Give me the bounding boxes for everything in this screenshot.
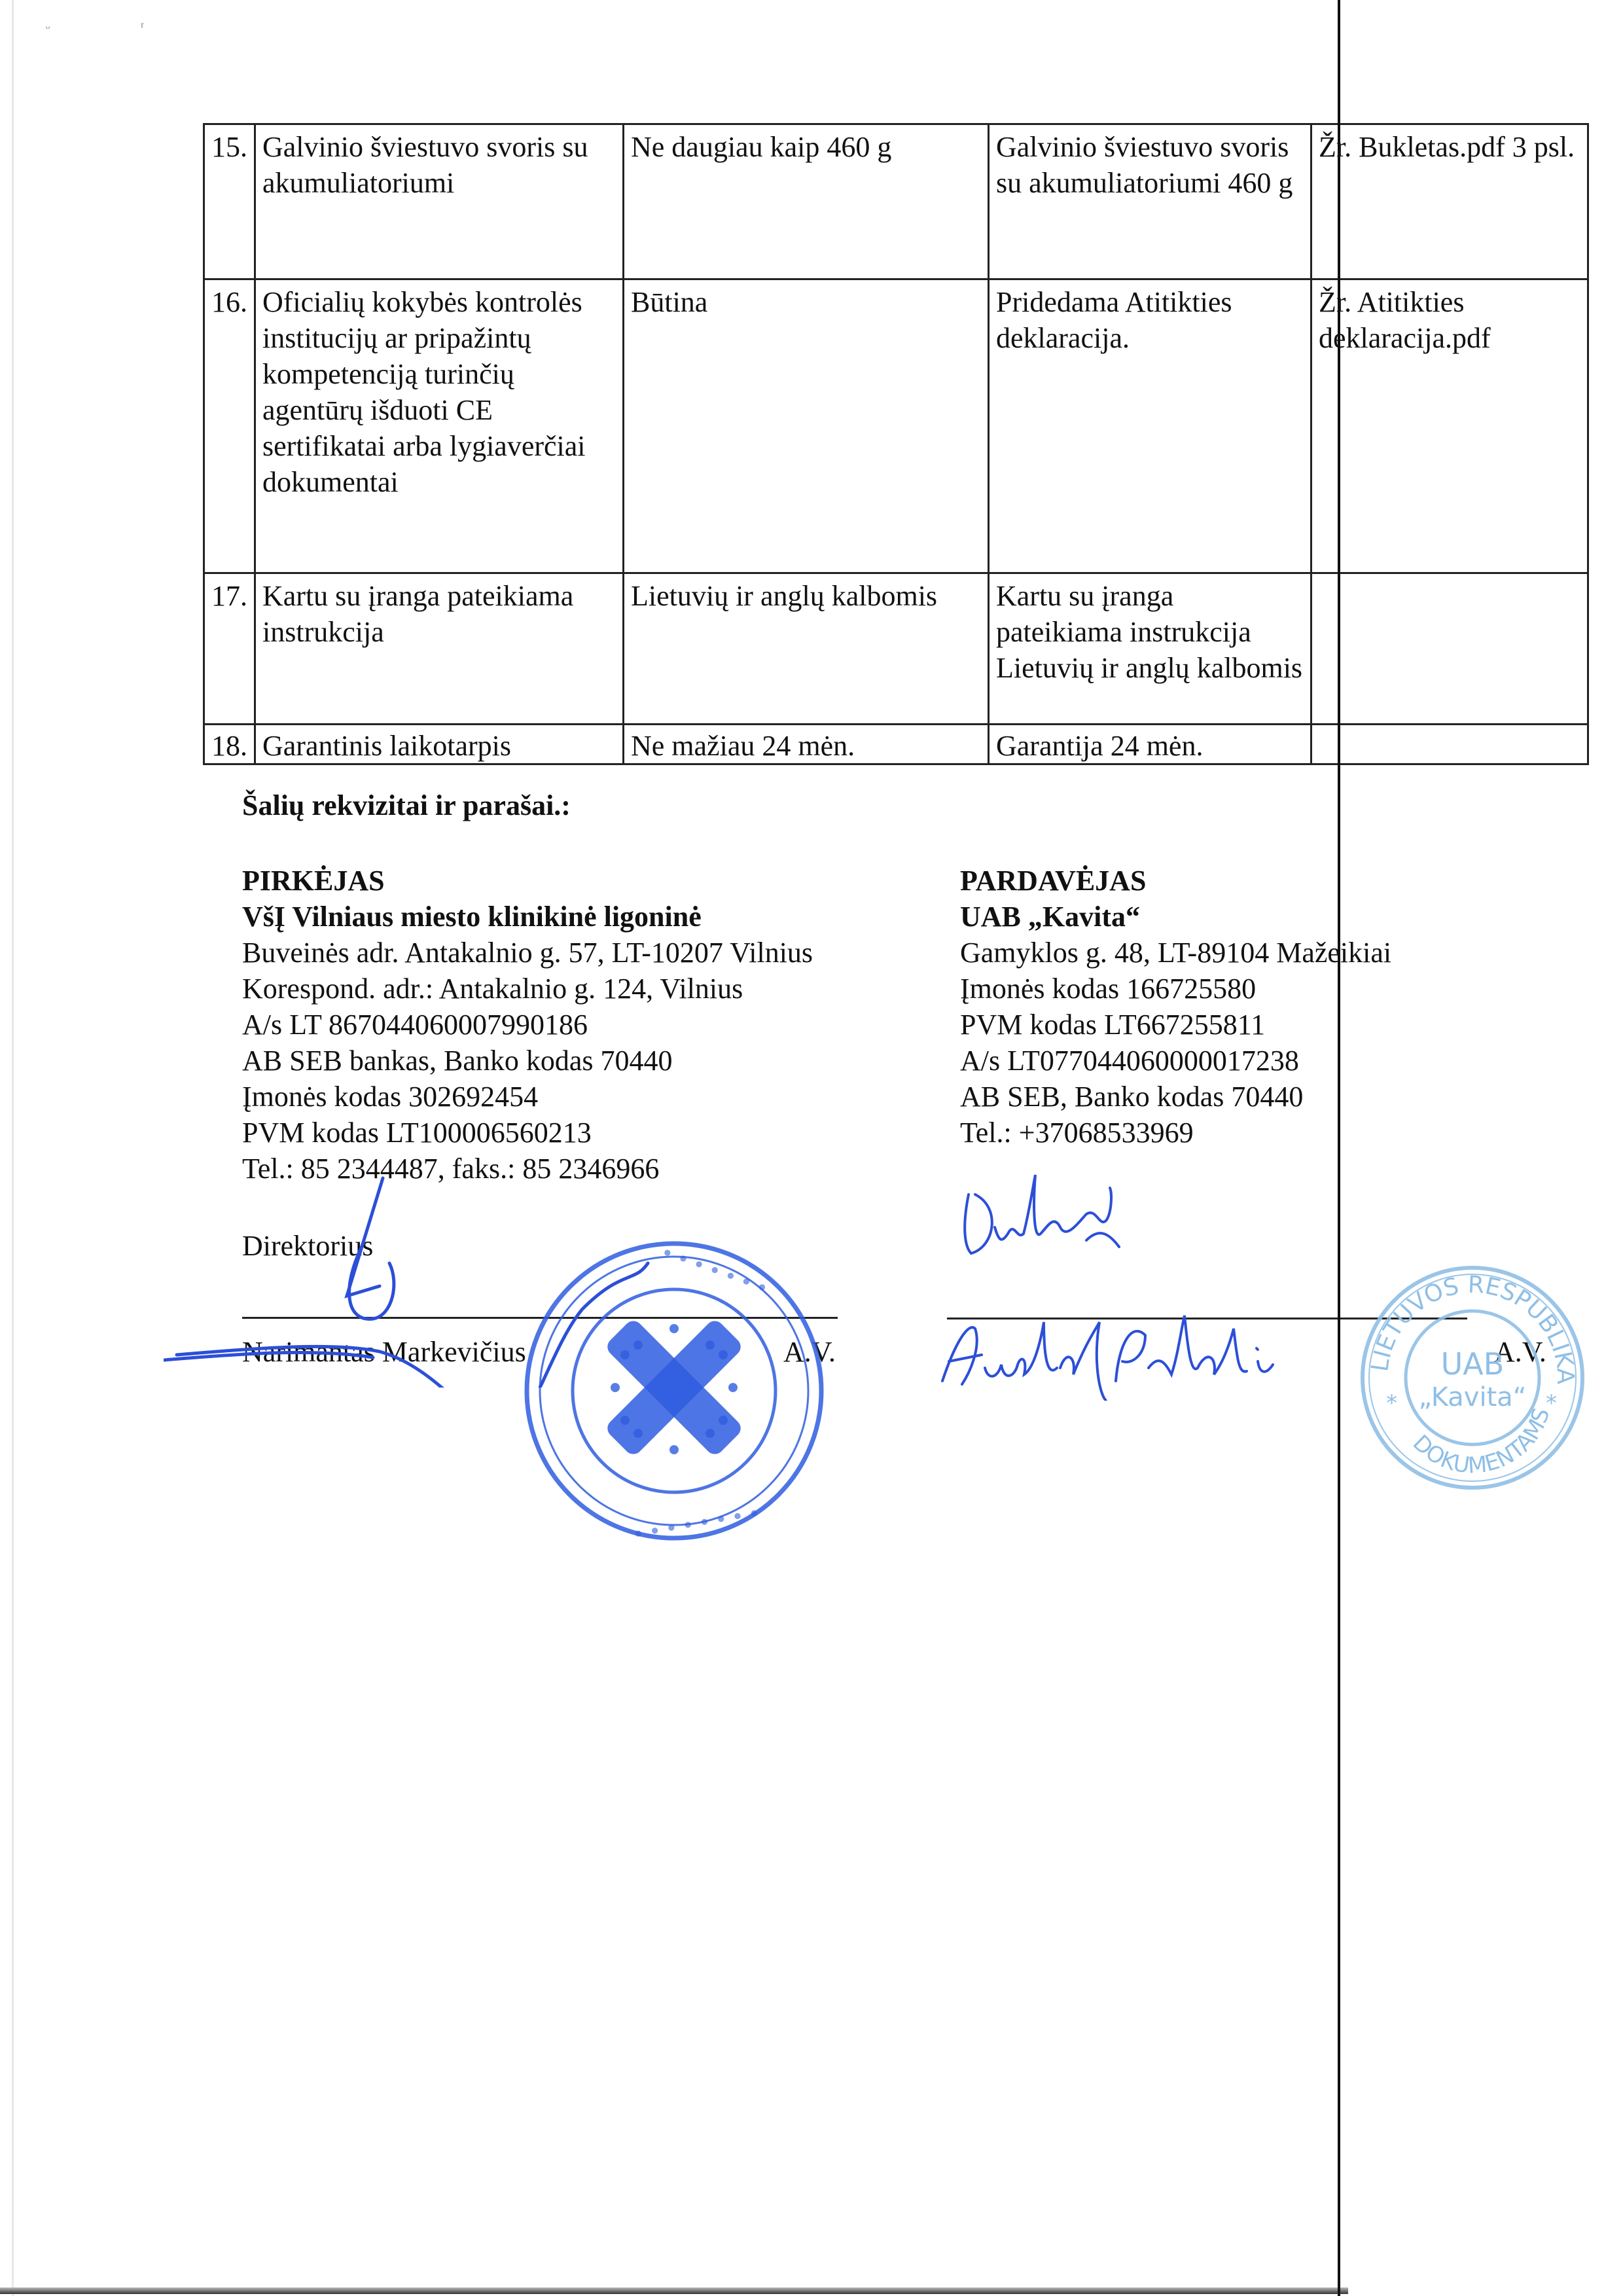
reference: [1311, 573, 1588, 725]
buyer-company-code: Įmonės kodas 302692454: [242, 1079, 813, 1115]
seller-role: PARDAVĖJAS: [960, 863, 1391, 899]
buyer-bank-account: A/s LT 867044060007990186: [242, 1007, 813, 1043]
seller-address: Gamyklos g. 48, LT-89104 Mažeikiai: [960, 935, 1391, 971]
parameter-name: Oficialių kokybės kontrolės institucijų …: [255, 279, 624, 573]
offered-value: Kartu su įranga pateikiama instrukcija L…: [989, 573, 1311, 725]
required-value: Būtina: [624, 279, 989, 573]
offered-value: Galvinio šviestuvo svoris su akumuliator…: [989, 124, 1311, 279]
reference: [1311, 725, 1588, 764]
table-row: 18. Garantinis laikotarpis Ne mažiau 24 …: [204, 725, 1588, 764]
table-row: 16. Oficialių kokybės kontrolės instituc…: [204, 279, 1588, 573]
buyer-handwritten-signature-icon: [164, 1152, 753, 1388]
seller-company-code: Įmonės kodas 166725580: [960, 971, 1391, 1007]
svg-text:*: *: [1546, 1390, 1557, 1416]
table-row: 17. Kartu su įranga pateikiama instrukci…: [204, 573, 1588, 725]
seller-name: UAB „Kavita“: [960, 899, 1391, 935]
seller-bank: AB SEB, Banko kodas 70440: [960, 1079, 1391, 1115]
scan-double-vertical-line: [1338, 0, 1340, 2296]
row-number: 16.: [204, 279, 255, 573]
offered-value: Pridedama Atitikties deklaracija.: [989, 279, 1311, 573]
buyer-bank: AB SEB bankas, Banko kodas 70440: [242, 1043, 813, 1079]
buyer-vat-code: PVM kodas LT100006560213: [242, 1115, 813, 1151]
scan-page-edge-bottom: [0, 2287, 1348, 2294]
scan-speck: ʳ: [141, 18, 144, 35]
seller-phone: Tel.: +37068533969: [960, 1115, 1391, 1151]
parameter-name: Kartu su įranga pateikiama instrukcija: [255, 573, 624, 725]
svg-text:„Kavita“: „Kavita“: [1418, 1382, 1526, 1412]
buyer-correspondence-address: Korespond. adr.: Antakalnio g. 124, Viln…: [242, 971, 813, 1007]
row-number: 18.: [204, 725, 255, 764]
buyer-details: PIRKĖJAS VšĮ Vilniaus miesto klinikinė l…: [242, 863, 813, 1187]
scan-page-edge: [12, 0, 14, 2296]
specification-table: 15. Galvinio šviestuvo svoris su akumuli…: [203, 123, 1589, 765]
seller-round-stamp-icon: LIETUVOS RESPUBLIKA DOKUMENTAMS UAB „Kav…: [1355, 1257, 1590, 1499]
buyer-address: Buveinės adr. Antakalnio g. 57, LT-10207…: [242, 935, 813, 971]
required-value: Lietuvių ir anglų kalbomis: [624, 573, 989, 725]
section-title: Šalių rekvizitai ir parašai.:: [242, 789, 571, 822]
seller-details: PARDAVĖJAS UAB „Kavita“ Gamyklos g. 48, …: [960, 863, 1391, 1151]
seller-handwritten-signature-icon: [936, 1302, 1355, 1401]
svg-text:*: *: [1386, 1390, 1397, 1416]
parameter-name: Galvinio šviestuvo svoris su akumuliator…: [255, 124, 624, 279]
buyer-name: VšĮ Vilniaus miesto klinikinė ligoninė: [242, 899, 813, 935]
scan-speck: ᵕ: [46, 20, 50, 37]
seller-vat-code: PVM kodas LT667255811: [960, 1007, 1391, 1043]
reference: Žr. Atitikties deklaracija.pdf: [1311, 279, 1588, 573]
seller-handwritten-title-icon: [955, 1168, 1126, 1266]
required-value: Ne daugiau kaip 460 g: [624, 124, 989, 279]
required-value: Ne mažiau 24 mėn.: [624, 725, 989, 764]
table-row: 15. Galvinio šviestuvo svoris su akumuli…: [204, 124, 1588, 279]
seller-bank-account: A/s LT077044060000017238: [960, 1043, 1391, 1079]
offered-value: Garantija 24 mėn.: [989, 725, 1311, 764]
reference: Žr. Bukletas.pdf 3 psl.: [1311, 124, 1588, 279]
row-number: 15.: [204, 124, 255, 279]
svg-text:• • • • • • • •: • • • • • • • •: [632, 1503, 762, 1545]
parameter-name: Garantinis laikotarpis: [255, 725, 624, 764]
svg-text:UAB: UAB: [1441, 1346, 1505, 1382]
buyer-role: PIRKĖJAS: [242, 863, 813, 899]
row-number: 17.: [204, 573, 255, 725]
